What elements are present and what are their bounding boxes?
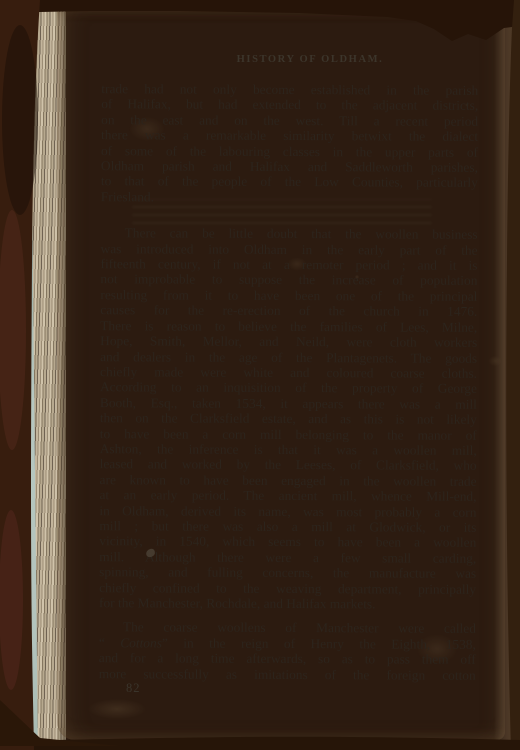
text-line: resulting from it to have been one of th… [100,287,477,304]
text-line: fifteenth century, if not at a remoter p… [100,256,477,273]
text-line: was introduced into Oldham in the early … [101,241,478,258]
text-line: Hope, Smith, Mellor, and Neild, were clo… [100,333,477,350]
paragraph: The coarse woollens of Manchester were c… [99,620,476,683]
text-line: Oldham parish and Halifax and Saddlewort… [101,158,478,175]
bottom-grey-edge [0,743,520,750]
text-line: for the Manchester, Rochdale, and Halifa… [99,595,476,612]
text-line: Booth, Esq., taken 1534, it appears ther… [100,395,477,412]
paragraph: trade had not only become established in… [101,81,479,206]
text-line: not improbable to suppose the increase o… [100,272,477,289]
text-line: Ashton, the inference is that it was a w… [100,441,477,458]
text-line: chiefly confined to the weaving departme… [99,580,476,597]
text-line: to that of the people of the Low Countie… [101,174,478,191]
text-line: The coarse woollens of Manchester were c… [99,620,476,637]
text-line: there was a remarkable similarity betwix… [101,127,478,144]
text-line: then on the Clarksfield estate, and as t… [100,410,477,427]
text-line: vicinity, in 1540, which seems to have b… [99,534,476,551]
text-line: “ Cottons” in the reign of Henry the Eig… [99,635,476,652]
paragraph: There can be little doubt that the wooll… [99,225,478,612]
text-line: According to an inquisition of the prope… [100,379,477,396]
text-block: trade had not only become established in… [99,81,479,683]
text-line: trade had not only become established in… [101,81,478,98]
cover-maroon-patch-lower [0,510,23,690]
text-line: at an early period. The ancient mill, wh… [99,487,476,504]
text-line: mill. Although there were a few small ca… [99,549,476,566]
text-line: and for a long time afterwards, so as to… [99,650,476,667]
text-line: to have been a corn mill belonging to th… [100,426,477,443]
text-line: There can be little doubt that the wooll… [101,225,478,242]
running-header: HISTORY OF OLDHAM. [230,54,390,65]
text-line: There is reason to believe the families … [100,318,477,335]
scanned-book-page: HISTORY OF OLDHAM. trade had not only be… [0,0,520,750]
text-line: on the east and on the west. Till a rece… [101,112,478,129]
text-line: in Oldham, derived its name, was most pr… [99,503,476,520]
text-line: chiefly made were white and coloured coa… [100,364,477,381]
text-line: mill ; but there was also a mill at Glod… [99,518,476,535]
text-line: Friesland. [101,189,478,206]
page-number: 82 [126,681,141,696]
text-line: causes for the re-erection of the church… [100,302,477,319]
text-line: of some of the labouring classes in the … [101,143,478,160]
text-line: and dealers in the age of the Plantagene… [100,349,477,366]
text-line: spinning, and fulling concerns, the manu… [99,564,476,581]
text-line: more successfully as imitations of the f… [99,666,476,683]
text-line: leased and worked by the Leeses, of Clar… [100,457,477,474]
right-cover-edge [506,0,520,750]
top-grey-edge [0,0,520,5]
text-line: are known to have been engaged in the wo… [100,472,477,489]
text-line: of Halifax, but had extended to the adja… [101,97,478,114]
